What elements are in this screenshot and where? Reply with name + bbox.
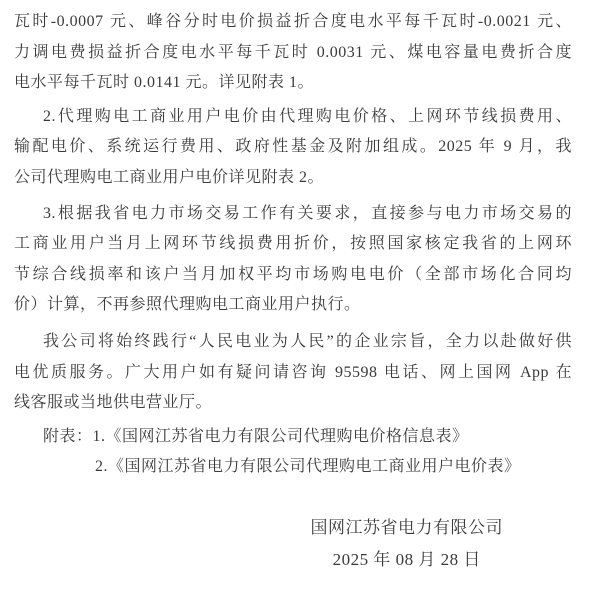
text-line: 价）计算，不再参照代理购电工商业用户执行。 — [14, 290, 572, 321]
text-line: 电水平每千瓦时 0.0141 元。详见附表 1。 — [14, 68, 572, 99]
text-line: 线客服或当地供电营业厅。 — [14, 388, 572, 419]
text-line: 附表：1.《国网江苏省电力有限公司代理购电价格信息表》 — [14, 422, 572, 453]
text-line: 公司代理购电工商业用户电价详见附表 2。 — [14, 163, 572, 194]
text-line: 3.根据我省电力市场交易工作有关要求，直接参与电力市场交易的 — [14, 199, 572, 230]
document-page: 瓦时-0.0007 元、峰谷分时电价损益折合度电水平每千瓦时-0.0021 元、… — [0, 0, 590, 592]
text-line: 工商业用户当月上网环节线损费用折价，按照国家核定我省的上网环 — [14, 229, 572, 260]
text-line: 我公司将始终践行“人民电业为人民”的企业宗旨，全力以赴做好供 — [14, 327, 572, 358]
text-line: 力调电费损益折合度电水平每千瓦时 0.0031 元、煤电容量电费折合度 — [14, 38, 572, 69]
document-body: 瓦时-0.0007 元、峰谷分时电价损益折合度电水平每千瓦时-0.0021 元、… — [14, 7, 572, 483]
para-attachments: 附表：1.《国网江苏省电力有限公司代理购电价格信息表》2.《国网江苏省电力有限公… — [14, 422, 572, 483]
text-line: 电优质服务。广大用户如有疑问请咨询 95598 电话、网上国网 App 在 — [14, 358, 572, 389]
para-closing: 我公司将始终践行“人民电业为人民”的企业宗旨，全力以赴做好供电优质服务。广大用户… — [14, 327, 572, 419]
para-price-details-tail: 瓦时-0.0007 元、峰谷分时电价损益折合度电水平每千瓦时-0.0021 元、… — [14, 7, 572, 99]
text-line: 瓦时-0.0007 元、峰谷分时电价损益折合度电水平每千瓦时-0.0021 元、 — [14, 7, 572, 38]
text-line: 节综合线损率和该户当月加权平均市场购电电价（全部市场化合同均 — [14, 260, 572, 291]
signature-company: 国网江苏省电力有限公司 — [311, 512, 504, 544]
signature-block: 国网江苏省电力有限公司 2025 年 08 月 28 日 — [311, 512, 504, 576]
para-item-2: 2.代理购电工商业用户电价由代理购电价格、上网环节线损费用、输配电价、系统运行费… — [14, 102, 572, 194]
signature-date: 2025 年 08 月 28 日 — [311, 544, 504, 576]
text-line: 2.代理购电工商业用户电价由代理购电价格、上网环节线损费用、 — [14, 102, 572, 133]
text-line: 2.《国网江苏省电力有限公司代理购电工商业用户电价表》 — [14, 452, 572, 483]
para-item-3: 3.根据我省电力市场交易工作有关要求，直接参与电力市场交易的工商业用户当月上网环… — [14, 199, 572, 321]
text-line: 输配电价、系统运行费用、政府性基金及附加组成。2025 年 9 月，我 — [14, 132, 572, 163]
